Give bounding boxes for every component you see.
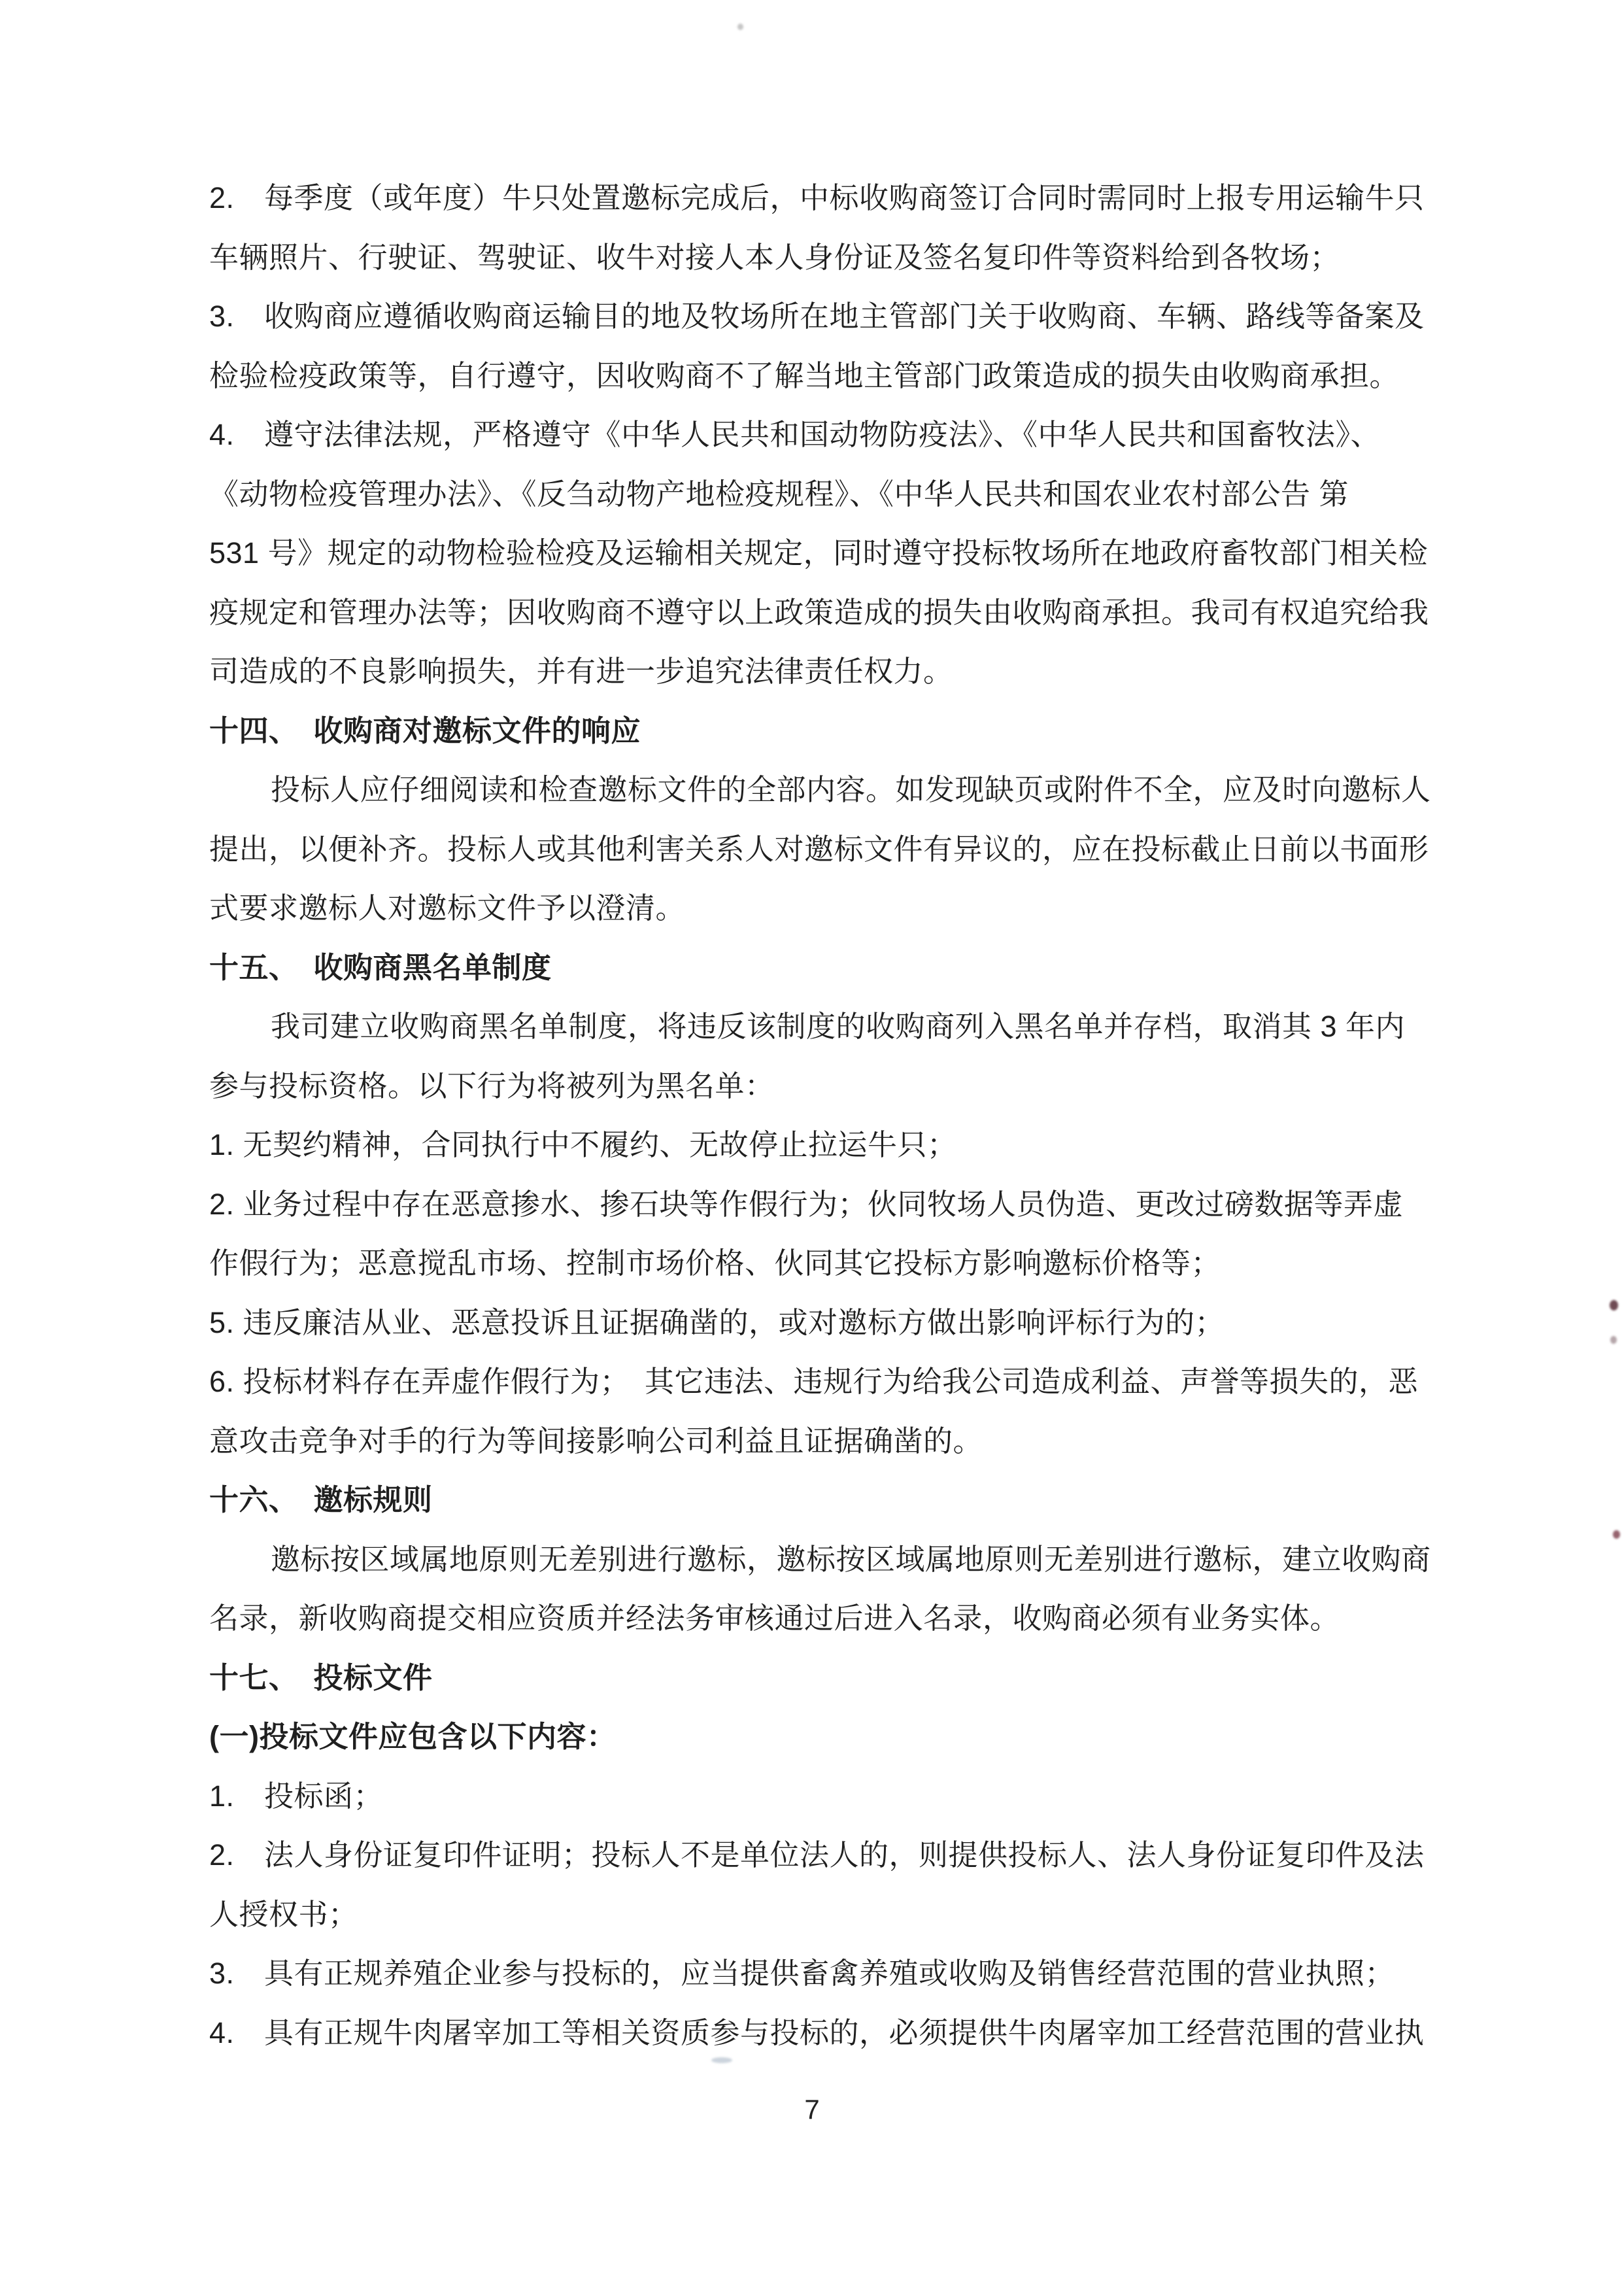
text-line: 4. 遵守法律法规，严格遵守《中华人民共和国动物防疫法》、《中华人民共和国畜牧法… (209, 405, 1425, 465)
text-line: 我司建立收购商黑名单制度，将违反该制度的收购商列入黑名单并存档，取消其 3 年内 (209, 997, 1425, 1057)
text-line: 作假行为；恶意搅乱市场、控制市场价格、伙同其它投标方影响邀标价格等； (209, 1234, 1425, 1293)
text-line: 人授权书； (209, 1885, 1425, 1945)
text-line: 名录，新收购商提交相应资质并经法务审核通过后进入名录，收购商必须有业务实体。 (209, 1589, 1425, 1649)
sub-section-heading: (一)投标文件应包含以下内容： (209, 1707, 1425, 1767)
section-heading: 十四、 收购商对邀标文件的响应 (209, 702, 1425, 761)
document-page: 2. 每季度（或年度）牛只处置邀标完成后，中标收购商签订合同时需同时上报专用运输… (0, 0, 1624, 2294)
document-body: 2. 每季度（或年度）牛只处置邀标完成后，中标收购商签订合同时需同时上报专用运输… (209, 169, 1425, 2063)
text-line: 式要求邀标人对邀标文件予以澄清。 (209, 879, 1425, 938)
scan-speck (711, 2057, 732, 2063)
section-heading: 十五、 收购商黑名单制度 (209, 938, 1425, 998)
text-line: 1. 无契约精神，合同执行中不履约、无故停止拉运牛只； (209, 1116, 1425, 1175)
scan-speck (1610, 1300, 1618, 1310)
text-line: 车辆照片、行驶证、驾驶证、收牛对接人本人身份证及签名复印件等资料给到各牧场； (209, 228, 1425, 288)
text-line: 参与投标资格。以下行为将被列为黑名单： (209, 1057, 1425, 1116)
scan-speck (1613, 1530, 1620, 1539)
text-line: 3. 具有正规养殖企业参与投标的，应当提供畜禽养殖或收购及销售经营范围的营业执照… (209, 1944, 1425, 2004)
section-heading: 十六、 邀标规则 (209, 1471, 1425, 1530)
text-line: 司造成的不良影响损失，并有进一步追究法律责任权力。 (209, 642, 1425, 702)
text-line: 2. 法人身份证复印件证明；投标人不是单位法人的，则提供投标人、法人身份证复印件… (209, 1826, 1425, 1885)
section-heading: 十七、 投标文件 (209, 1649, 1425, 1708)
text-line: 3. 收购商应遵循收购商运输目的地及牧场所在地主管部门关于收购商、车辆、路线等备… (209, 287, 1425, 347)
text-line: 531 号》规定的动物检验检疫及运输相关规定，同时遵守投标牧场所在地政府畜牧部门… (209, 524, 1425, 583)
page-number: 7 (0, 2090, 1624, 2129)
text-line: 提出，以便补齐。投标人或其他利害关系人对邀标文件有异议的，应在投标截止日前以书面… (209, 820, 1425, 880)
text-line: 《动物检疫管理办法》、《反刍动物产地检疫规程》、《中华人民共和国农业农村部公告 … (209, 465, 1425, 524)
text-line: 检验检疫政策等，自行遵守，因收购商不了解当地主管部门政策造成的损失由收购商承担。 (209, 347, 1425, 406)
text-line: 意攻击竞争对手的行为等间接影响公司利益且证据确凿的。 (209, 1412, 1425, 1471)
text-line: 疫规定和管理办法等；因收购商不遵守以上政策造成的损失由收购商承担。我司有权追究给… (209, 583, 1425, 643)
text-line: 1. 投标函； (209, 1767, 1425, 1826)
text-line: 投标人应仔细阅读和检查邀标文件的全部内容。如发现缺页或附件不全，应及时向邀标人 (209, 761, 1425, 820)
text-line: 5. 违反廉洁从业、恶意投诉且证据确凿的，或对邀标方做出影响评标行为的； (209, 1293, 1425, 1353)
text-line: 2. 每季度（或年度）牛只处置邀标完成后，中标收购商签订合同时需同时上报专用运输… (209, 169, 1425, 228)
scan-speck (1610, 1336, 1617, 1344)
text-line: 6. 投标材料存在弄虚作假行为； 其它违法、违规行为给我公司造成利益、声誉等损失… (209, 1352, 1425, 1412)
text-line: 4. 具有正规牛肉屠宰加工等相关资质参与投标的，必须提供牛肉屠宰加工经营范围的营… (209, 2004, 1425, 2063)
scan-speck (737, 24, 743, 30)
text-line: 2. 业务过程中存在恶意掺水、掺石块等作假行为；伙同牧场人员伪造、更改过磅数据等… (209, 1175, 1425, 1235)
text-line: 邀标按区域属地原则无差别进行邀标，邀标按区域属地原则无差别进行邀标，建立收购商 (209, 1530, 1425, 1590)
